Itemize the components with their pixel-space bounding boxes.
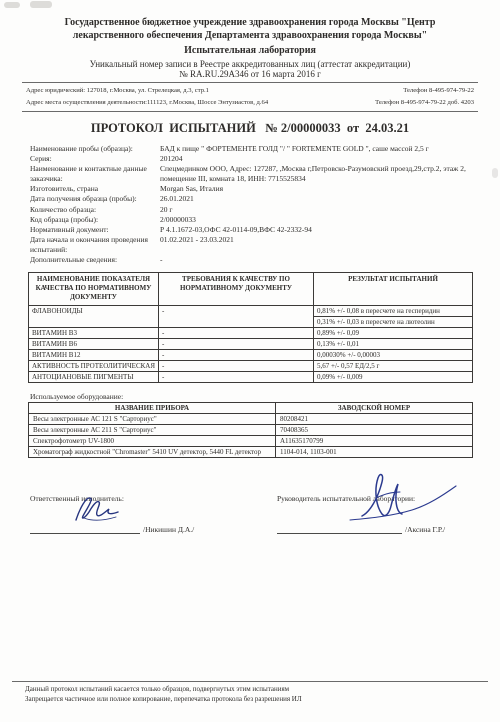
field-value: 26.01.2021 [158,194,472,204]
results-header-row: НАИМЕНОВАНИЕ ПОКАЗАТЕЛЯ КАЧЕСТВА ПО НОРМ… [29,273,473,305]
equipment-table: НАЗВАНИЕ ПРИБОРА ЗАВОДСКОЙ НОМЕР Весы эл… [28,402,473,458]
indicator-cell: ВИТАМИН В12 [29,349,159,360]
sample-info-block: Наименование пробы (образца): БАД к пище… [30,144,472,266]
field-label: Нормативный документ: [30,225,158,235]
table-row-vitamin-b6: ВИТАМИН В6 - 0,13% +/- 0,01 [29,338,473,349]
field-label: Изготовитель, страна [30,184,158,194]
field-value: Спецмединком ООО, Адрес: 127287, ,Москва… [158,164,472,184]
page-title: ПРОТОКОЛ ИСПЫТАНИЙ № 2/00000033 от 24.03… [0,121,500,136]
protocol-document: Государственное бюджетное учреждение здр… [0,0,500,722]
device-name-cell: Весы электронные АС 121 S "Сарториус" [29,413,276,424]
phone-activity: Телефон 8-495-974-79-22 доб. 4203 [375,97,474,108]
field-label: Дата получения образца (пробы): [30,194,158,204]
footer-note-2: Запрещается частичное или полное копиров… [25,694,500,704]
footer-divider [12,681,488,682]
field-value: 01.02.2021 - 23.03.2021 [158,235,472,255]
scan-artifact [492,168,498,178]
requirement-cell: - [159,371,314,382]
executor-signature-block: Ответственный исполнитель: /Никишин Д.А.… [30,494,220,584]
result-cell: 0,31% +/- 0,03 в пересчете на лютеолин [314,316,473,327]
divider [22,82,478,83]
field-label: Дата начала и окончания проведения испыт… [30,235,158,255]
equipment-row: Весы электронные АС 121 S "Сарториус" 80… [29,413,473,424]
table-row-anthocyanin-pigments: АНТОЦИАНОВЫЕ ПИГМЕНТЫ - 0,09% +/- 0,009 [29,371,473,382]
scan-artifact [4,2,20,8]
indicator-cell: АНТОЦИАНОВЫЕ ПИГМЕНТЫ [29,371,159,382]
requirement-cell: - [159,327,314,338]
equipment-row: Спектрофотометр UV-1800 A11635170799 [29,435,473,446]
field-label: Серия: [30,154,158,164]
signature-line [277,533,402,534]
info-row-quantity: Количество образца: 20 г [30,205,472,215]
info-row-additional: Дополнительные сведения: - [30,255,472,265]
indicator-cell: АКТИВНОСТЬ ПРОТЕОЛИТИЧЕСКАЯ [29,360,159,371]
table-row-vitamin-b12: ВИТАМИН В12 - 0,00030% +/- 0,00003 [29,349,473,360]
field-value: БАД к пище " ФОРТЕМЕНТЕ ГОЛД "/ " FORTEM… [158,144,472,154]
serial-number-cell: 80208421 [276,413,473,424]
footer-note-1: Данный протокол испытаний касается тольк… [25,684,500,694]
serial-number-cell: 1104-014, 1103-001 [276,446,473,457]
info-row-normative-doc: Нормативный документ: Р 4.1.1672-03,ОФС … [30,225,472,235]
field-value: - [158,255,472,265]
device-name-cell: Весы электронные АС 211 S "Сарториус" [29,424,276,435]
result-cell: 0,00030% +/- 0,00003 [314,349,473,360]
phone-legal: Телефон 8-495-974-79-22 [375,85,474,96]
requirement-cell: - [159,338,314,349]
indicator-cell: ВИТАМИН В3 [29,327,159,338]
result-cell: 0,81% +/- 0,08 в пересчете на гесперидин [314,305,473,316]
device-name-cell: Спектрофотометр UV-1800 [29,435,276,446]
executor-name: /Никишин Д.А./ [140,525,194,534]
equipment-header-name: НАЗВАНИЕ ПРИБОРА [29,402,276,413]
info-row-manufacturer: Изготовитель, страна Morgan Sas, Италия [30,184,472,194]
result-cell: 0,13% +/- 0,01 [314,338,473,349]
info-row-receipt-date: Дата получения образца (пробы): 26.01.20… [30,194,472,204]
results-header-requirements: ТРЕБОВАНИЯ К КАЧЕСТВУ ПО НОРМАТИВНОМУ ДО… [159,273,314,305]
table-row-vitamin-b3: ВИТАМИН В3 - 0,89% +/- 0,09 [29,327,473,338]
field-label: Количество образца: [30,205,158,215]
scan-artifact [30,1,52,8]
equipment-row: Хроматограф жидкостной "Chromaster" 5410… [29,446,473,457]
field-label: Наименование и контактные данные заказчи… [30,164,158,184]
address-block: Адрес юридический: 127018, г.Москва, ул.… [26,85,474,107]
laboratory-name: Испытательная лаборатория [0,45,500,56]
signature-line [30,533,140,534]
field-label: Наименование пробы (образца): [30,144,158,154]
info-row-sample-code: Код образца (пробы): 2/00000033 [30,215,472,225]
equipment-caption: Используемое оборудование: [30,392,500,401]
device-name-cell: Хроматограф жидкостной "Chromaster" 5410… [29,446,276,457]
serial-number-cell: 70408365 [276,424,473,435]
field-value: 2/00000033 [158,215,472,225]
result-cell: 0,89% +/- 0,09 [314,327,473,338]
results-table: НАИМЕНОВАНИЕ ПОКАЗАТЕЛЯ КАЧЕСТВА ПО НОРМ… [28,272,473,382]
info-row-series: Серия: 201204 [30,154,472,164]
requirement-cell: - [159,349,314,360]
accreditation-registry-line: Уникальный номер записи в Реестре аккред… [0,59,500,69]
document-header: Государственное бюджетное учреждение здр… [0,0,500,79]
accreditation-number: № RA.RU.29А346 от 16 марта 2016 г [0,69,500,79]
head-name: /Аксина Г.Р./ [402,525,445,534]
divider [22,111,478,112]
results-header-indicator: НАИМЕНОВАНИЕ ПОКАЗАТЕЛЯ КАЧЕСТВА ПО НОРМ… [29,273,159,305]
field-label: Код образца (пробы): [30,215,158,225]
head-signature-block: Руководитель испытательной лаборатории: … [277,494,472,584]
requirement-cell: - [159,305,314,327]
signatures-block: Ответственный исполнитель: /Никишин Д.А.… [30,494,472,584]
organization-name-line1: Государственное бюджетное учреждение здр… [0,16,500,29]
requirement-cell: - [159,360,314,371]
executor-label: Ответственный исполнитель: [30,494,220,503]
table-row-proteolytic-activity: АКТИВНОСТЬ ПРОТЕОЛИТИЧЕСКАЯ - 5,67 +/- 0… [29,360,473,371]
head-label: Руководитель испытательной лаборатории: [277,494,472,503]
field-label: Дополнительные сведения: [30,255,158,265]
serial-number-cell: A11635170799 [276,435,473,446]
result-cell: 0,09% +/- 0,009 [314,371,473,382]
equipment-header-row: НАЗВАНИЕ ПРИБОРА ЗАВОДСКОЙ НОМЕР [29,402,473,413]
result-cell: 5,67 +/- 0,57 ЕД/2,5 г [314,360,473,371]
legal-address: Адрес юридический: 127018, г.Москва, ул.… [26,85,268,96]
organization-name-line2: лекарственного обеспечения Департамента … [0,29,500,42]
field-value: 201204 [158,154,472,164]
indicator-cell: ВИТАМИН В6 [29,338,159,349]
field-value: Morgan Sas, Италия [158,184,472,194]
activity-address: Адрес места осуществления деятельности:1… [26,97,268,108]
document-footer: Данный протокол испытаний касается тольк… [0,681,500,704]
equipment-row: Весы электронные АС 211 S "Сарториус" 70… [29,424,473,435]
field-value: 20 г [158,205,472,215]
info-row-test-dates: Дата начала и окончания проведения испыт… [30,235,472,255]
equipment-header-serial: ЗАВОДСКОЙ НОМЕР [276,402,473,413]
results-header-result: РЕЗУЛЬТАТ ИСПЫТАНИЙ [314,273,473,305]
info-row-customer: Наименование и контактные данные заказчи… [30,164,472,184]
indicator-cell: ФЛАВОНОИДЫ [29,305,159,327]
info-row-sample-name: Наименование пробы (образца): БАД к пище… [30,144,472,154]
table-row-flavonoids: ФЛАВОНОИДЫ - 0,81% +/- 0,08 в пересчете … [29,305,473,316]
field-value: Р 4.1.1672-03,ОФС 42-0114-09,ВФС 42-2332… [158,225,472,235]
